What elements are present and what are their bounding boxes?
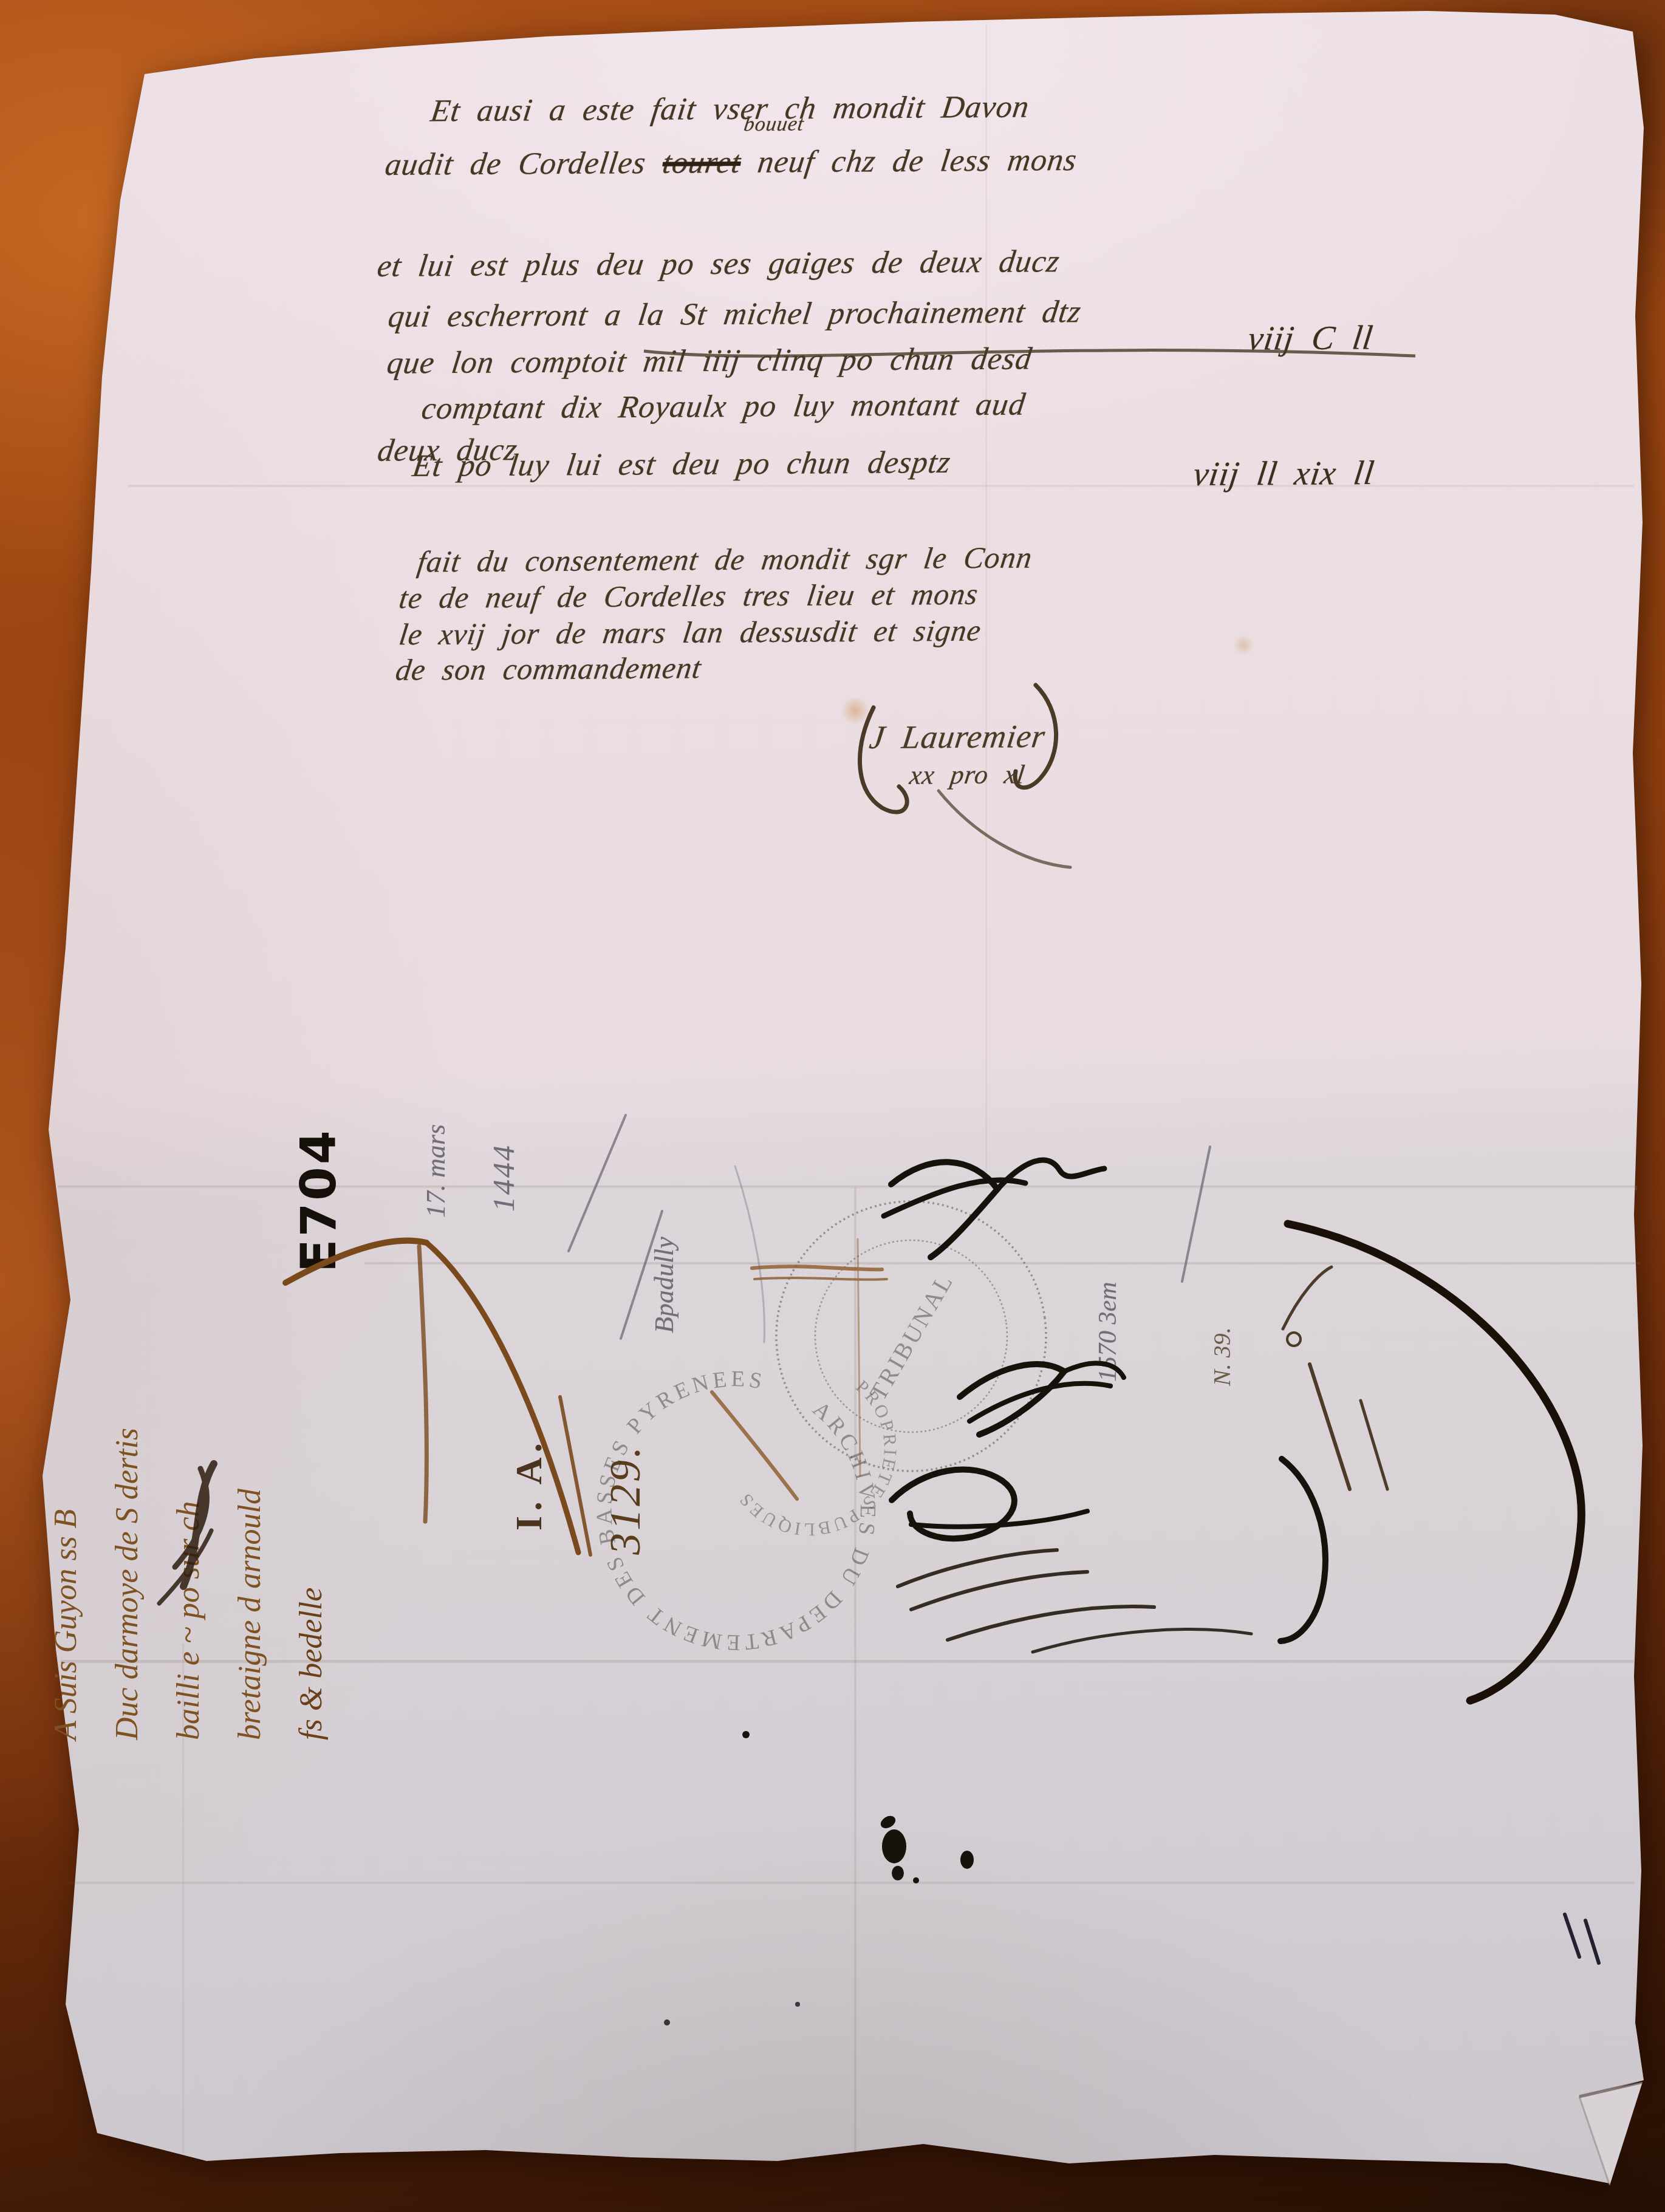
dorsal-line: bretaigne d arnould	[219, 1130, 281, 1740]
body-text-line: te de neuf de Cordelles tres lieu et mon…	[397, 576, 981, 616]
pencil-number: 1570 3em	[1093, 1282, 1123, 1382]
body-text-line: que lon comptoit mil iiij clinq po chun …	[385, 341, 1034, 381]
interlinear-insertion: bouuet	[742, 113, 805, 137]
dorsal-line: A Suis Guyon ss B	[35, 1130, 97, 1740]
sum-roman-numeral: viij ll xix ll	[1191, 454, 1377, 494]
line2-pre: audit de Cordelles	[383, 146, 665, 182]
dorsal-line: fs & bedelle	[281, 1130, 342, 1740]
pencil-date-day: 17. mars	[420, 1124, 451, 1218]
series-initials: I. A.	[508, 1438, 551, 1531]
signature-name: J Lauremier	[867, 717, 1048, 756]
dorsal-line: bailli e ~ po sur ch	[158, 1130, 219, 1740]
paper-shadow-wrap	[0, 0, 1665, 2212]
pencil-date-year: 1444	[486, 1144, 521, 1212]
dorsal-line: Duc darmoye de S dertis	[97, 1130, 158, 1740]
body-text-line: qui escherront a la St michel prochainem…	[386, 294, 1084, 335]
manuscript-paper	[0, 0, 1665, 2212]
pencil-signature: Bpadully	[649, 1237, 680, 1333]
struck-word: touret	[660, 145, 743, 180]
body-text-line: fait du consentement de mondit sgr le Co…	[415, 539, 1034, 579]
body-text-line: le xvij jor de mars lan dessusdit et sig…	[397, 613, 983, 652]
series-number: 3129.	[600, 1444, 651, 1555]
body-text-line: audit de Cordelles touret neuf chz de le…	[383, 142, 1079, 183]
signature-motto: xx pro xl	[908, 759, 1027, 790]
body-text-line: de son commandement	[394, 650, 704, 688]
body-text-line: et lui est plus deu po ses gaiges de deu…	[375, 244, 1062, 284]
body-text-line: Et po luy lui est deu po chun desptz	[411, 445, 953, 484]
number-mark: N. 39.	[1208, 1327, 1236, 1386]
body-text-line: comptant dix Royaulx po luy montant aud	[420, 387, 1028, 427]
body-text-line: Et ausi a este fait vser ch mondit Davon	[429, 89, 1032, 129]
photo-of-manuscript: Et ausi a este fait vser ch mondit Davon…	[0, 0, 1665, 2212]
dorsal-notes-block: A Suis Guyon ss B Duc darmoye de S derti…	[35, 1130, 351, 1740]
line2-post: neuf chz de less mons	[739, 143, 1079, 180]
sum-roman-numeral: viij C ll	[1246, 318, 1376, 358]
